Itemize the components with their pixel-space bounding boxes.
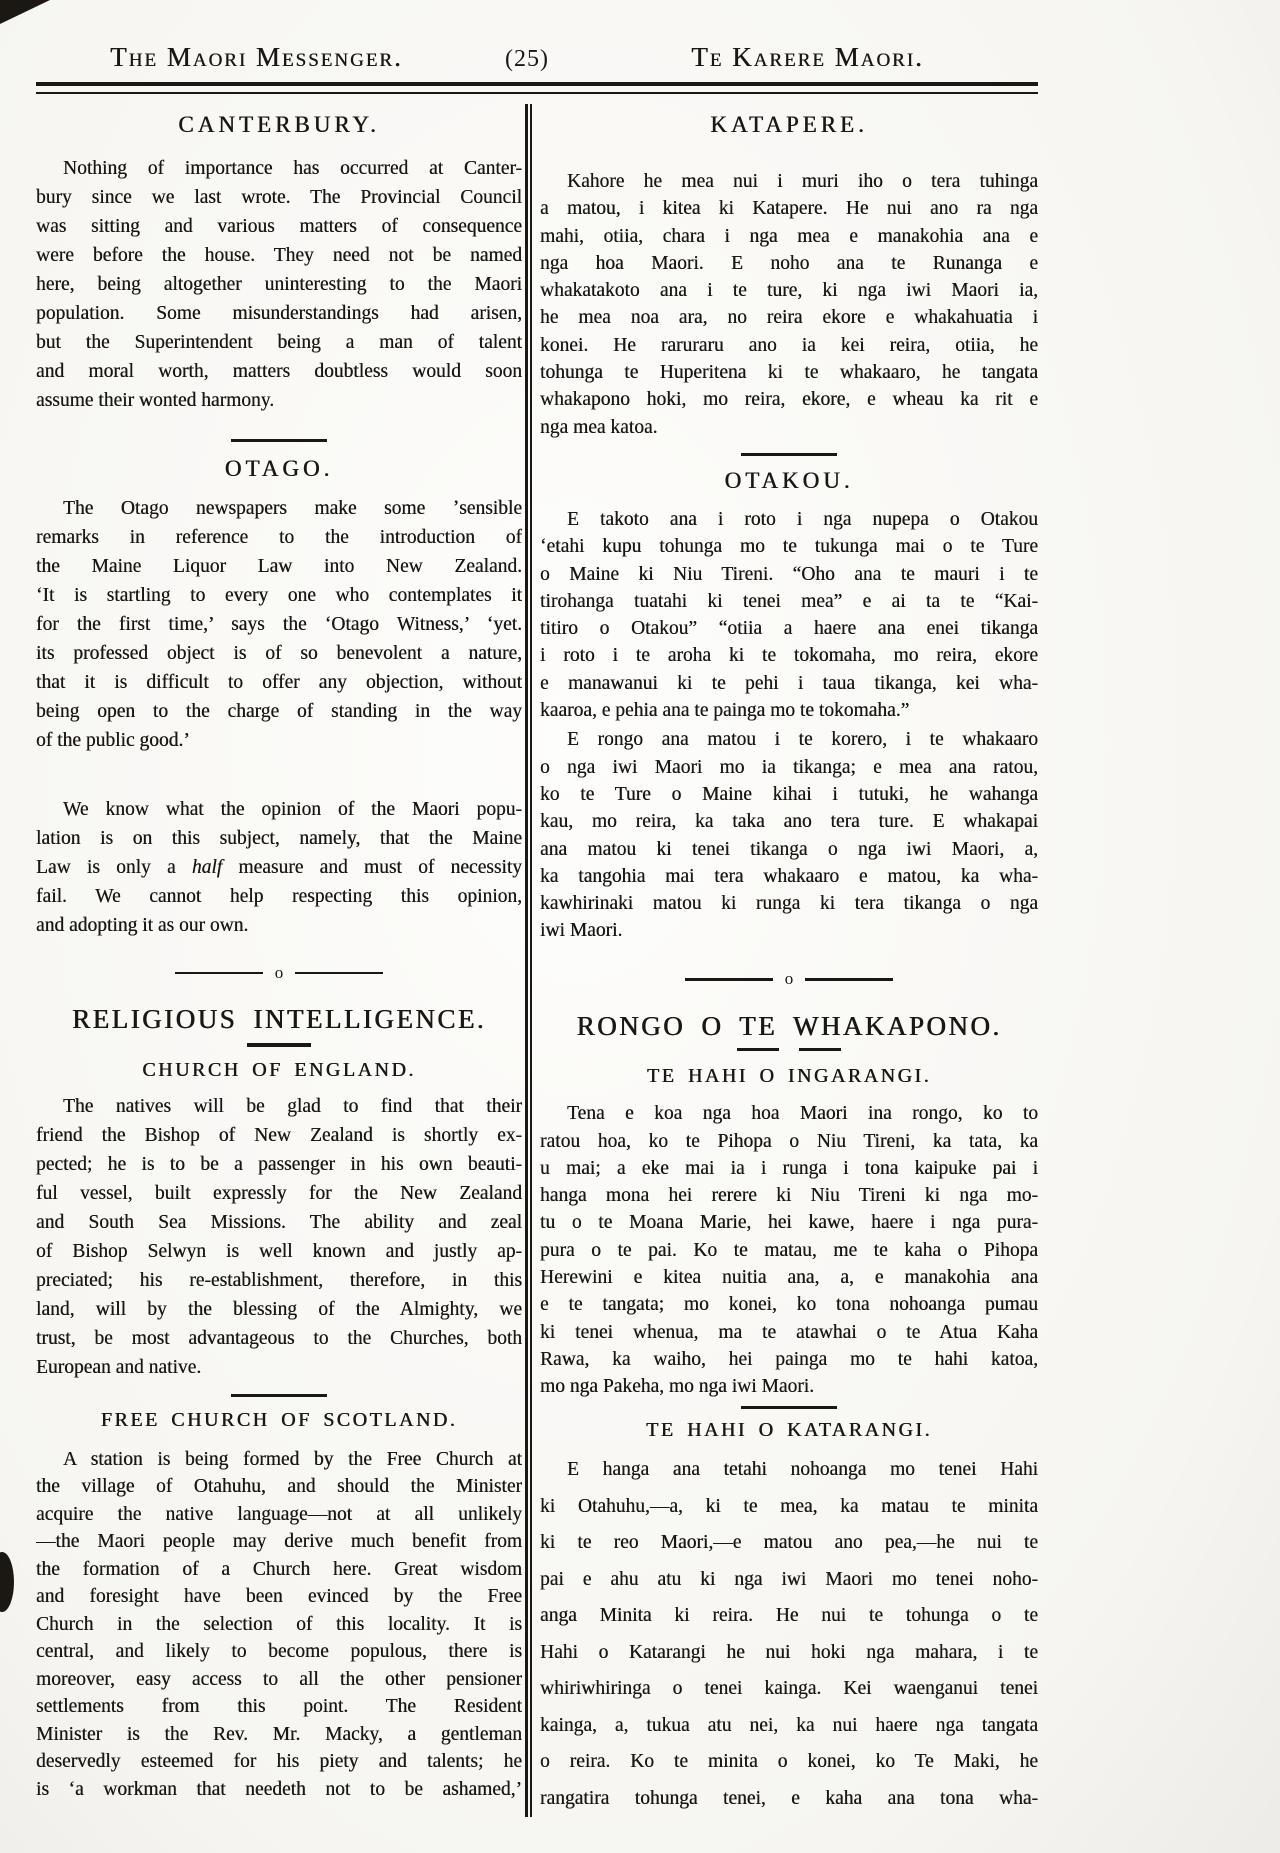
canterbury-paragraph: Nothing of importance has occurred at Ca… (36, 154, 522, 415)
katapere-paragraph: Kahore he mea nui i muri iho o tera tuhi… (540, 168, 1038, 441)
text-line: iwi Maori. (540, 917, 1038, 944)
ornament-line (295, 972, 383, 975)
text-line: ka tangohia mai tera whakaaro e matou, k… (540, 863, 1038, 890)
text-line: E takoto ana i roto i nga nupepa o Otako… (540, 506, 1038, 533)
text-line: assume their wonted harmony. (36, 386, 522, 415)
text-line: —the Maori people may derive much benefi… (36, 1528, 522, 1556)
column-divider-rule (525, 104, 532, 1817)
text-line: Rawa, ka waiho, hei painga mo te hahi ka… (540, 1346, 1038, 1373)
text-line: fail. We cannot help respecting this opi… (36, 882, 522, 911)
text-line: nga mea katoa. (540, 414, 1038, 441)
text-line: o reira. Ko te minita o konei, ko Te Mak… (540, 1744, 1038, 1781)
text-line: here, being altogether uninteresting to … (36, 270, 522, 299)
ornament-o: o (785, 970, 794, 987)
church-of-england-paragraph: The natives will be glad to find that th… (36, 1092, 522, 1382)
text-line: of the public good.’ (36, 726, 522, 755)
text-line: its professed object is of so benevolent… (36, 639, 522, 668)
section-rule (231, 439, 327, 442)
text-line: trust, be most advantageous to the Churc… (36, 1324, 522, 1353)
heading-underline (247, 1043, 311, 1047)
text-line: the formation of a Church here. Great wi… (36, 1556, 522, 1584)
ornament-divider: o (540, 971, 1038, 989)
ink-smudge-left-edge (0, 1552, 14, 1612)
text-line: ‘It is startling to every one who contem… (36, 581, 522, 610)
text-line: ana matou ki tenei tikanga o nga iwi Mao… (540, 836, 1038, 863)
text-line: E hanga ana tetahi nohoanga mo tenei Hah… (540, 1452, 1038, 1489)
newspaper-page: The Maori Messenger. (25) Te Karere Maor… (0, 0, 1280, 1853)
church-of-england-heading: CHURCH OF ENGLAND. (36, 1059, 522, 1082)
text-line: Nothing of importance has occurred at Ca… (36, 154, 522, 183)
text-line: whakatakoto ana i te ture, ki nga iwi Ma… (540, 277, 1038, 304)
text-line: tirohanga tuatahi ki tenei mea” e ai ta … (540, 588, 1038, 615)
text-line: anga Minita ki reira. He nui te tohunga … (540, 1598, 1038, 1635)
text-line: titiro o Otakou” “otiia a haere ana enei… (540, 615, 1038, 642)
underline-dash (737, 1048, 779, 1052)
religious-intelligence-heading: RELIGIOUS INTELLIGENCE. (36, 1004, 522, 1035)
otakou-heading: OTAKOU. (540, 468, 1038, 494)
rongo-heading: RONGO O TE WHAKAPONO. (540, 1011, 1038, 1042)
otakou-paragraph-2: E rongo ana matou i te korero, i te whak… (540, 726, 1038, 944)
text-line: whakapono hoki, mo reira, ekore, e wheau… (540, 386, 1038, 413)
text-line: The Otago newspapers make some ʼsensible (36, 494, 522, 523)
columns: CANTERBURY. Nothing of importance has oc… (36, 104, 1038, 1817)
text-line: rangatira tohunga tenei, e kaha ana tona… (540, 1781, 1038, 1818)
text-line: tu o te Moana Marie, hei kawe, haere i n… (540, 1209, 1038, 1236)
text-line: pai e ahu atu ki nga iwi Maori mo tenei … (540, 1562, 1038, 1599)
text-line: moreover, easy access to all the other p… (36, 1666, 522, 1694)
text-line: tohunga te Huperitena ki te whakaaro, he… (540, 359, 1038, 386)
ornament-divider: o (36, 964, 522, 982)
text-line: was sitting and various matters of conse… (36, 212, 522, 241)
free-church-heading: FREE CHURCH OF SCOTLAND. (36, 1409, 522, 1432)
text-line: central, and likely to become populous, … (36, 1638, 522, 1666)
text-line: whiriwhiringa o tenei kainga. Kei waenga… (540, 1671, 1038, 1708)
heading-underline-double (540, 1048, 1038, 1052)
text-line: he mea noa ara, no reira ekore e whakahu… (540, 304, 1038, 331)
free-church-paragraph: A station is being formed by the Free Ch… (36, 1446, 522, 1804)
text-line: kainga, a, tukua atu nei, ka nui haere n… (540, 1708, 1038, 1745)
text-line: o Maine ki Niu Tireni. “Oho ana te mauri… (540, 561, 1038, 588)
ink-smudge-top-left (0, 0, 50, 24)
text-line: ko te Ture o Maine kihai i tutuki, he wa… (540, 781, 1038, 808)
otakou-paragraph-1: E takoto ana i roto i nga nupepa o Otako… (540, 506, 1038, 724)
otago-heading: OTAGO. (36, 456, 522, 482)
text-line: acquire the native language—not at all u… (36, 1501, 522, 1529)
left-column-english: CANTERBURY. Nothing of importance has oc… (36, 104, 522, 1817)
text-line: pected; he is to be a passenger in his o… (36, 1150, 522, 1179)
text-line: and foresight have been evinced by the F… (36, 1583, 522, 1611)
text-line: E rongo ana matou i te korero, i te whak… (540, 726, 1038, 753)
text-line: We know what the opinion of the Maori po… (36, 795, 522, 824)
text-line: hanga mona hei rerere ki Niu Tireni ki n… (540, 1182, 1038, 1209)
text-line: and moral worth, matters doubtless would… (36, 357, 522, 386)
text-line: kawhirinaki matou ki runga ki tera tikan… (540, 890, 1038, 917)
otago-paragraph-2: We know what the opinion of the Maori po… (36, 795, 522, 940)
te-hahi-o-ingarangi-heading: TE HAHI O INGARANGI. (540, 1065, 1038, 1088)
text-line: settlements from this point. The Residen… (36, 1693, 522, 1721)
text-line: for the first time,’ says the ‘Otago Wit… (36, 610, 522, 639)
text-line: and South Sea Missions. The ability and … (36, 1208, 522, 1237)
text-line: pura o te pai. Ko te matau, me te kaha o… (540, 1237, 1038, 1264)
underline-dash (799, 1048, 841, 1052)
text-line: the village of Otahuhu, and should the M… (36, 1473, 522, 1501)
text-line: e te tangata; mo konei, ko tona nohoanga… (540, 1291, 1038, 1318)
text-line: were before the house. They need not be … (36, 241, 522, 270)
text-line: ki te reo Maori,—e matou ano pea,—he nui… (540, 1525, 1038, 1562)
text-line: population. Some misunderstandings had a… (36, 299, 522, 328)
text-line: that it is difficult to offer any object… (36, 668, 522, 697)
text-line: friend the Bishop of New Zealand is shor… (36, 1121, 522, 1150)
text-line: deservedly esteemed for his piety and ta… (36, 1748, 522, 1776)
right-column-maori: KATAPERE. Kahore he mea nui i muri iho o… (540, 104, 1038, 1817)
text-line: kau, mo reira, ka taka ano tera ture. E … (540, 808, 1038, 835)
text-line: a matou, i kitea ki Katapere. He nui ano… (540, 195, 1038, 222)
text-line: land, will by the blessing of the Almigh… (36, 1295, 522, 1324)
text-line: ki tenei whenua, ma te atawhai o te Atua… (540, 1319, 1038, 1346)
canterbury-heading: CANTERBURY. (36, 112, 522, 138)
text-line: mahi, otiia, chara i nga mea e manakohia… (540, 223, 1038, 250)
ornament-line (685, 978, 773, 981)
ornament-o: o (275, 964, 284, 981)
text-line: A station is being formed by the Free Ch… (36, 1446, 522, 1474)
text-line: European and native. (36, 1353, 522, 1382)
text-line: ful vessel, built expressly for the New … (36, 1179, 522, 1208)
text-line: Hahi o Katarangi he nui hoki nga mahara,… (540, 1635, 1038, 1672)
text-line: i roto i te aroha ki te tokomaha, mo rei… (540, 642, 1038, 669)
text-line: ratou hoa, ko te Pihopa o Niu Tireni, ka… (540, 1128, 1038, 1155)
masthead-double-rule (36, 82, 1038, 94)
section-rule (741, 453, 837, 456)
text-line: and adopting it as our own. (36, 911, 522, 940)
ornament-line (805, 978, 893, 981)
text-line: e manawanui ki te pehi i taua tikanga, k… (540, 670, 1038, 697)
text-line: The natives will be glad to find that th… (36, 1092, 522, 1121)
ornament-line (175, 972, 263, 975)
text-line: Tena e koa nga hoa Maori ina rongo, ko t… (540, 1100, 1038, 1127)
text-line: mo nga Pakeha, mo nga iwi Maori. (540, 1373, 1038, 1400)
text-line: but the Superintendent being a man of ta… (36, 328, 522, 357)
text-line: preciated; his re-establishment, therefo… (36, 1266, 522, 1295)
masthead-left-title: The Maori Messenger. (36, 42, 477, 73)
text-line: of Bishop Selwyn is well known and justl… (36, 1237, 522, 1266)
masthead-right-title: Te Karere Maori. (577, 42, 1038, 73)
katapere-heading: KATAPERE. (540, 112, 1038, 138)
te-hahi-o-ingarangi-paragraph: Tena e koa nga hoa Maori ina rongo, ko t… (540, 1100, 1038, 1400)
text-line: lation is on this subject, namely, that … (36, 824, 522, 853)
te-hahi-o-katarangi-paragraph: E hanga ana tetahi nohoanga mo tenei Hah… (540, 1452, 1038, 1817)
text-line: the Maine Liquor Law into New Zealand. (36, 552, 522, 581)
text-line: konei. He raruraru ano ia kei reira, oti… (540, 332, 1038, 359)
text-line: remarks in reference to the introduction… (36, 523, 522, 552)
masthead: The Maori Messenger. (25) Te Karere Maor… (36, 42, 1038, 73)
text-line: bury since we last wrote. The Provincial… (36, 183, 522, 212)
text-line: kaaroa, e pehia ana te painga mo te toko… (540, 697, 1038, 724)
text-line: Kahore he mea nui i muri iho o tera tuhi… (540, 168, 1038, 195)
te-hahi-o-katarangi-heading: TE HAHI O KATARANGI. (540, 1419, 1038, 1442)
section-rule (741, 1406, 837, 1409)
text-line: ki Otahuhu,—a, ki te mea, ka matau te mi… (540, 1489, 1038, 1526)
text-line: ʻetahi kupu tohunga mo te tukunga mai o … (540, 533, 1038, 560)
page-number: (25) (477, 46, 577, 73)
text-line: Church in the selection of this locality… (36, 1611, 522, 1639)
page-content: The Maori Messenger. (25) Te Karere Maor… (36, 42, 1038, 1817)
text-line: Herewini e kitea nuitia ana, a, e manako… (540, 1264, 1038, 1291)
text-line: nga hoa Maori. E noho ana te Runanga e (540, 250, 1038, 277)
otago-paragraph-1: The Otago newspapers make some ʼsensible… (36, 494, 522, 755)
text-line: o nga iwi Maori mo ia tikanga; e mea ana… (540, 754, 1038, 781)
text-line: is ‘a workman that needeth not to be ash… (36, 1776, 522, 1804)
text-line: Minister is the Rev. Mr. Macky, a gentle… (36, 1721, 522, 1749)
section-rule (231, 1394, 327, 1397)
text-line: being open to the charge of standing in … (36, 697, 522, 726)
text-line: Law is only a half measure and must of n… (36, 853, 522, 882)
text-line: u mai; a eke mai ia i runga i tona kaipu… (540, 1155, 1038, 1182)
